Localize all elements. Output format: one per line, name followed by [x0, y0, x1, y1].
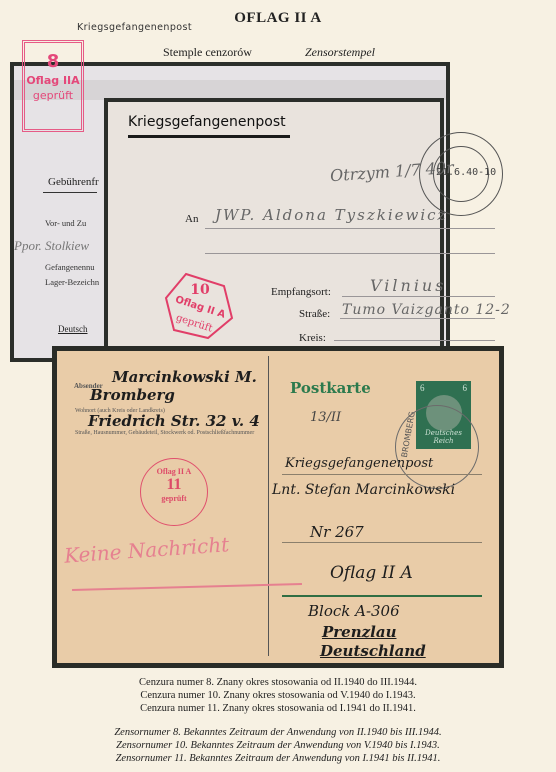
address-line: Lnt. Stefan Marcinkowski: [272, 482, 455, 498]
stamp-value: 6: [463, 383, 468, 393]
censor-camp: Oflag IIA: [25, 74, 81, 87]
address-rule: [282, 474, 482, 475]
censor-word: geprüft: [25, 89, 81, 102]
caption-line: Cenzura numer 11. Znany okres stosowania…: [0, 702, 556, 715]
censor-stamp-11: Oflag II A 11 geprüft: [140, 458, 208, 526]
form-line: [340, 318, 495, 319]
printed-hint: Straße, Hausnummer, Gebäudeteil, Stockwe…: [75, 430, 254, 436]
address-line: Deutschland: [320, 642, 426, 660]
svg-text:10: 10: [190, 282, 210, 298]
street-value: Tumo Vaizganto 12-2: [342, 302, 511, 318]
postcard-divider: [268, 356, 269, 656]
censor-stamp-10: 10 Oflag II A geprüft: [164, 272, 236, 342]
form-line: [334, 340, 495, 341]
caption-polish: Cenzura numer 8. Znany okres stosowania …: [0, 676, 556, 715]
address-line: Prenzlau: [322, 623, 396, 641]
back-card-header: Kriegsgefangenenpost: [77, 22, 192, 33]
divider: [43, 192, 97, 193]
caption-german: Zensornumer 8. Bekanntes Zeitraum der An…: [0, 726, 556, 765]
fee-label: Gebührenfr: [48, 176, 99, 188]
caption-line: Cenzura numer 8. Znany okres stosowania …: [0, 676, 556, 689]
postmark-date: 21.6.40-10: [436, 167, 496, 178]
address-line: Kriegsgefangenenpost: [285, 456, 433, 471]
subtitle-german: Zensorstempel: [305, 45, 375, 60]
back-line: Lager-Bezeichn: [45, 277, 99, 287]
back-handwriting: Ppor. Stolkiew: [14, 238, 89, 254]
back-country: Deutsch: [58, 324, 88, 334]
subtitle-polish: Stemple cenzorów: [163, 45, 252, 60]
place-value: Vilnius: [370, 276, 446, 295]
censor-word: geprüft: [141, 494, 207, 503]
back-line: Vor- und Zu: [45, 218, 86, 228]
postcard-type-label: Postkarte: [290, 379, 371, 397]
back-line: Gefangenennu: [45, 262, 95, 272]
caption-line: Zensornumer 10. Bekanntes Zeitraum der A…: [0, 739, 556, 752]
street-label: Straße:: [299, 308, 330, 320]
form-line: [205, 253, 495, 254]
censor-camp: Oflag II A: [141, 467, 207, 476]
censor-number: 8: [25, 51, 81, 72]
address-rule: [282, 542, 482, 543]
form-line: [342, 296, 495, 297]
form-line: [205, 228, 495, 229]
address-line: Oflag II A: [330, 563, 413, 583]
place-label: Empfangsort:: [271, 286, 331, 298]
address-line: Block A-306: [308, 602, 400, 620]
sender-name: Marcinkowski M.: [112, 368, 257, 386]
recipient-label: An: [185, 213, 198, 225]
censor-stamp-8: 8 Oflag IIA geprüft: [22, 40, 84, 132]
header-underline: [128, 135, 290, 138]
district-label: Kreis:: [299, 332, 326, 344]
middle-card-header: Kriegsgefangenenpost: [128, 114, 286, 130]
archive-note: 13/II: [310, 410, 341, 425]
stamp-value: 6: [420, 383, 425, 393]
sender-city: Bromberg: [90, 386, 175, 404]
sender-street: Friedrich Str. 32 v. 4: [88, 412, 260, 430]
caption-line: Zensornumer 8. Bekanntes Zeitraum der An…: [0, 726, 556, 739]
recipient-value: JWP. Aldona Tyszkiewicz: [215, 206, 447, 224]
censor-number: 11: [141, 476, 207, 494]
caption-line: Zensornumer 11. Bekanntes Zeitraum der A…: [0, 752, 556, 765]
caption-line: Cenzura numer 10. Znany okres stosowania…: [0, 689, 556, 702]
address-rule-green: [282, 595, 482, 597]
address-line: Nr 267: [310, 523, 364, 541]
